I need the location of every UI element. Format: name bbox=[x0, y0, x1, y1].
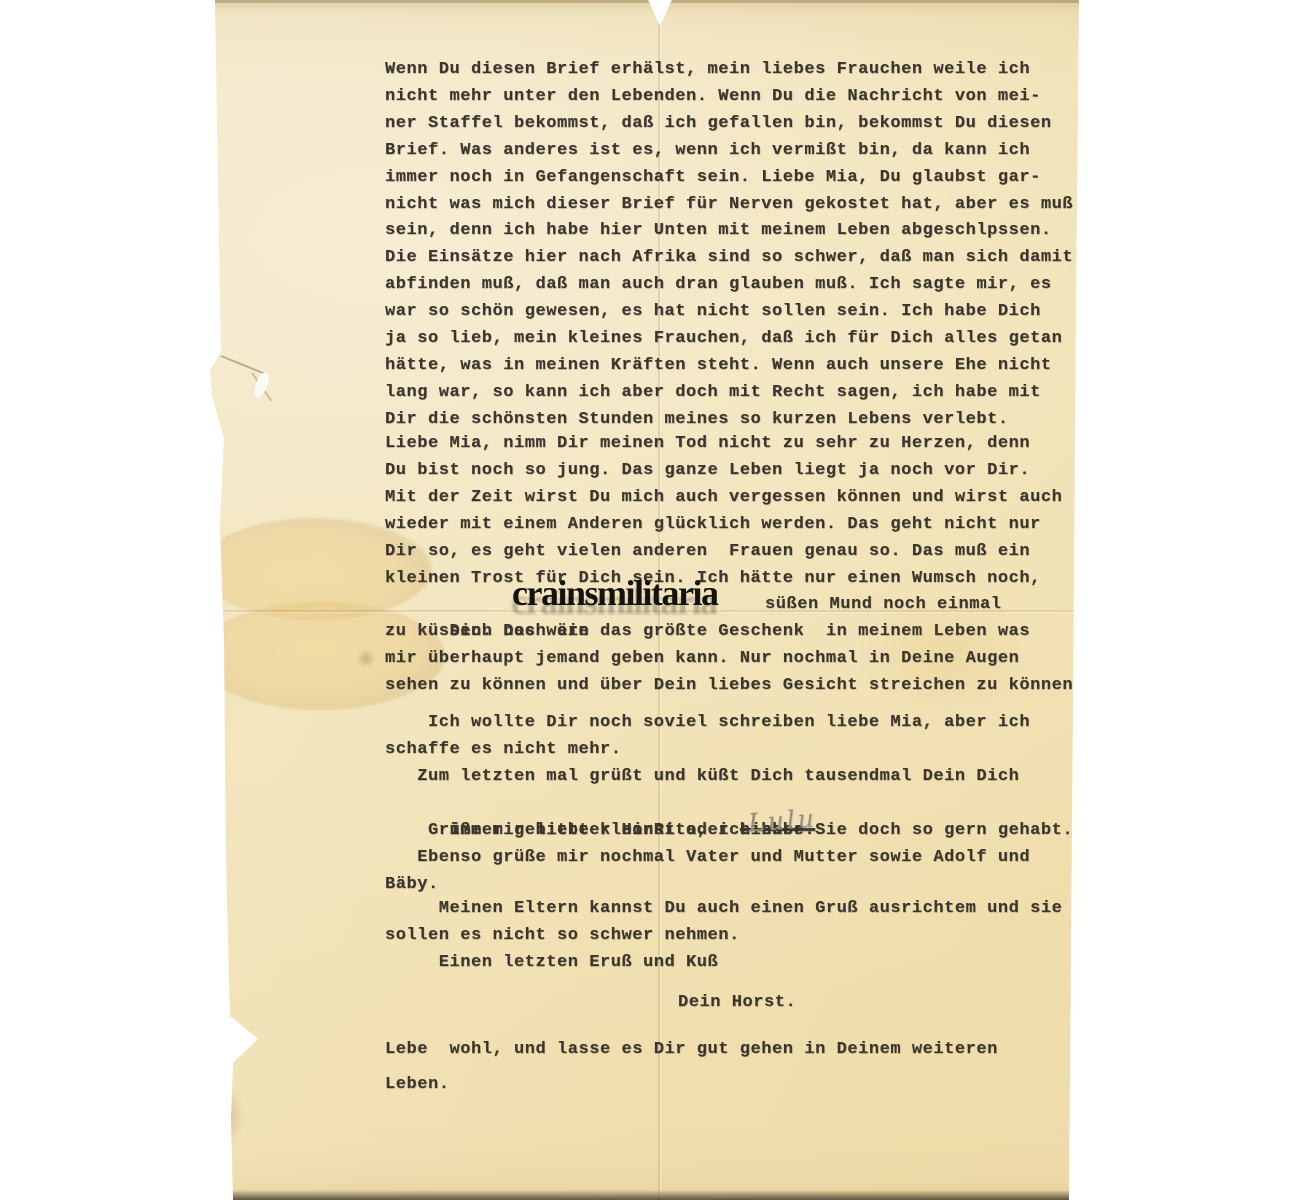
scan-edge-top bbox=[210, 0, 1085, 3]
letter-paper: Wenn Du diesen Brief erhälst, mein liebe… bbox=[0, 0, 1300, 1200]
letter-postscript: Lebe wohl, und lasse es Dir gut gehen in… bbox=[385, 1032, 998, 1102]
letter-paragraph-4: Meinen Eltern kannst Du auch einen Gruß … bbox=[385, 896, 1062, 977]
edge-smudge bbox=[208, 1088, 244, 1146]
scan-edge-bottom bbox=[208, 1190, 1083, 1200]
letter-paragraph-1: Wenn Du diesen Brief erhälst, mein liebe… bbox=[385, 57, 1073, 434]
stain-spot bbox=[356, 650, 376, 667]
letter-paragraph-3-part1: Ich wollte Dir noch soviel schreiben lie… bbox=[385, 710, 1030, 791]
signature-line: Dein Horst. bbox=[678, 990, 796, 1017]
paper-crack bbox=[221, 355, 268, 376]
letter-scan: Wenn Du diesen Brief erhälst, mein liebe… bbox=[0, 0, 1300, 1200]
letter-paragraph-2-part1: Liebe Mia, nimm Dir meinen Tod nicht zu … bbox=[385, 431, 1062, 592]
kiss-line: Dich noch ein süßen Mund noch einmal bbox=[385, 592, 1085, 619]
letter-paragraph-2-part2: zu küssen. Das wäre das größte Geschenk … bbox=[385, 619, 1073, 700]
kiss-line-after: süßen Mund noch einmal bbox=[765, 592, 1002, 619]
handwritten-pencil-name: Lulu bbox=[747, 804, 818, 838]
dealer-watermark: crainsmilitaria bbox=[512, 572, 717, 614]
letter-paragraph-3-part2: Grüße mir bitte kleinRita, ich habe Sie … bbox=[385, 818, 1073, 899]
